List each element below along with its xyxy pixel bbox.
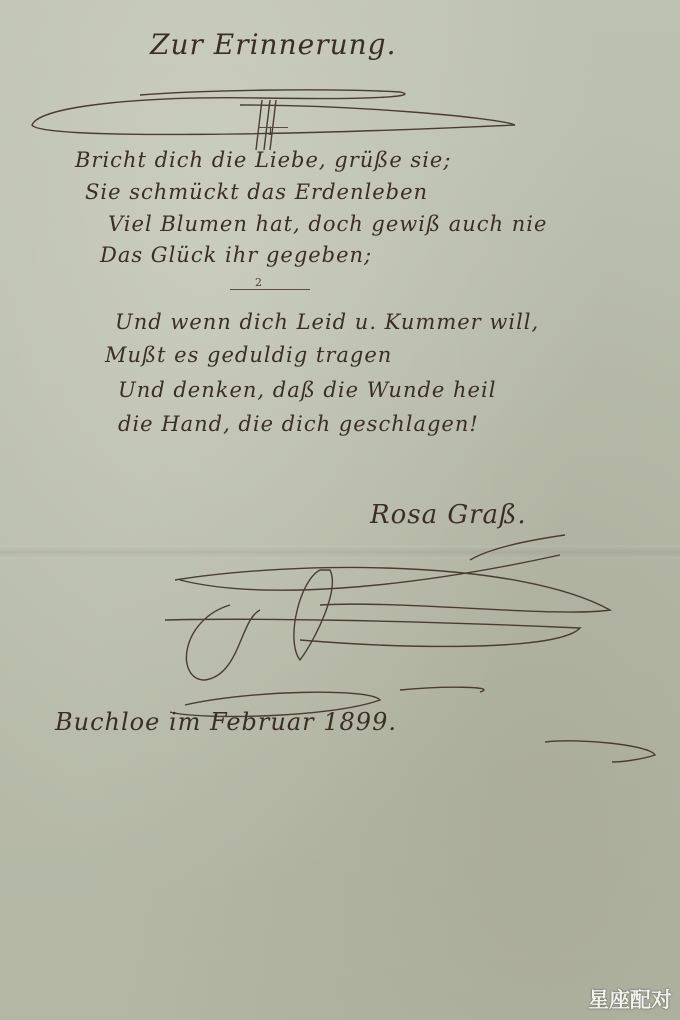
watermark: 星座配对	[588, 984, 672, 1014]
stanza-marker-2: 2	[255, 276, 262, 289]
stanza-1-line-1: Bricht dich die Liebe, grüße sie;	[75, 148, 451, 172]
stanza-2-line-2: Mußt es geduldig tragen	[105, 343, 392, 367]
place-and-date: Buchloe im Februar 1899.	[55, 708, 397, 736]
stanza-1-line-3: Viel Blumen hat, doch gewiß auch nie	[108, 212, 547, 236]
stanza-2-line-3: Und denken, daß die Wunde heil	[118, 378, 496, 402]
divider	[230, 289, 310, 290]
stanza-2-line-4: die Hand, die dich geschlagen!	[118, 412, 479, 436]
stanza-1-line-2: Sie schmückt das Erdenleben	[85, 180, 428, 204]
stanza-1-line-4: Das Glück ihr gegeben;	[100, 243, 372, 267]
stanza-2-line-1: Und wenn dich Leid u. Kummer will,	[115, 310, 539, 334]
document-page: Zur Erinnerung. 1 Bricht dich die Liebe,…	[0, 0, 680, 1020]
signature: Rosa Graß.	[370, 500, 527, 530]
document-title: Zur Erinnerung.	[150, 28, 396, 61]
divider	[258, 127, 288, 128]
